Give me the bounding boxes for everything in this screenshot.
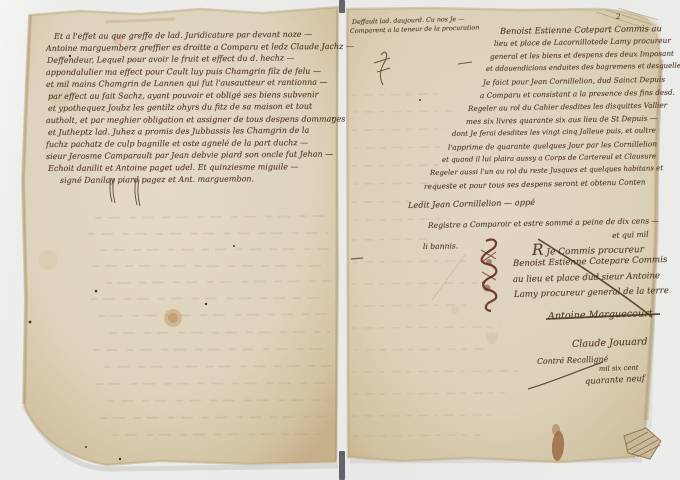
registration-note-line: mil six cent: [599, 365, 639, 373]
manuscript-line: Regeler au rol du Cahier desdites les di…: [468, 102, 667, 113]
manuscript-scan: Et a l'effet au que greffe de lad. Jurid…: [0, 0, 680, 480]
registration-note-line: Contré Recalligné: [537, 356, 608, 366]
manuscript-line: et quand il lui plaira aussy a Corps de …: [442, 153, 656, 164]
manuscript-line: Et a l'effet au que greffe de lad. Jurid…: [54, 31, 312, 41]
margin-note-line: Comparent a la teneur de la procuration: [350, 25, 480, 35]
manuscript-line: fuchz pachatz de culp bagnille et oste a…: [46, 139, 308, 149]
manuscript-line: et ypothequez Joubz les gentilz ohyrs du…: [48, 103, 312, 113]
manuscript-line: sieur Jerosme Camparault par Jean debvie…: [46, 150, 333, 161]
manuscript-line: Benoist Estienne Cotepart Commis au: [500, 24, 662, 35]
closing-line: Registre a Comparoir et estre sommé a pe…: [428, 217, 659, 229]
signature-antoine-marguecourt: Antoine Marguecourt: [548, 309, 653, 321]
manuscript-line: Ledit Jean Cornillelion — appé: [408, 198, 535, 209]
manuscript-line: et ddauendicions enduites des bagremens …: [486, 63, 680, 73]
manuscript-line: Regeler aussi l'un au rol du reste Jusqu…: [430, 165, 663, 177]
manuscript-line: Antoine marguemberz greffier es droitte …: [46, 43, 354, 53]
manuscript-line: a Comparu et consistant a la presence de…: [480, 89, 675, 100]
handwriting-layer: Et a l'effet au que greffe de lad. Jurid…: [0, 0, 680, 480]
manuscript-line: requeste et pour tous ses despens seront…: [424, 178, 646, 190]
closing-aside: et qui mil: [612, 231, 649, 240]
attestation-line: au lieu et place dud sieur Antoine: [513, 272, 660, 284]
manuscript-line: et Jutheptz lad. Juhez a promis des Jubb…: [48, 127, 309, 137]
manuscript-line: autholt, et par meghier obligation et as…: [46, 115, 345, 125]
registration-note-line: quarante neuf: [585, 374, 645, 386]
manuscript-line: l'apprime de quarante quelques Jour par …: [448, 140, 657, 151]
attestation-line: Lamy procureur general de la terre: [514, 287, 669, 300]
manuscript-line: Echoit danilit et Antoine paget udel. Et…: [48, 163, 299, 173]
manuscript-line: par effect au fait Sachz, ayant pouvoir …: [48, 91, 319, 101]
attestation-line: Benoist Estienne Cotepare Commis: [513, 256, 668, 269]
manuscript-line: lieu et place de Lacornillotede Lamy pro…: [494, 37, 671, 47]
manuscript-line: mes six livres quarante six aus lieu de …: [466, 115, 657, 126]
manuscript-line: dont Je ferai desdites les vingt cinq Ja…: [452, 127, 656, 138]
manuscript-line: signé Danilay piard pagez et Ant. margue…: [60, 175, 254, 185]
manuscript-line: Je faict pour Jean Cornillelion, dud Sai…: [483, 76, 665, 86]
folio-number: 2: [616, 14, 620, 21]
manuscript-line: Deffendeur, Lequel pour avoir le fruit e…: [47, 54, 295, 65]
signature-claude-jouuard: Claude Jouuard: [572, 337, 648, 349]
manuscript-line: appondalulier ma effect pour Cault luy p…: [46, 68, 321, 77]
manuscript-line: general et les biens et despens des deux…: [490, 50, 674, 60]
manuscript-line: et mil mains Chamgrin de Lannen qui fut …: [46, 79, 328, 89]
closing-line-2: li bannis.: [423, 242, 458, 250]
